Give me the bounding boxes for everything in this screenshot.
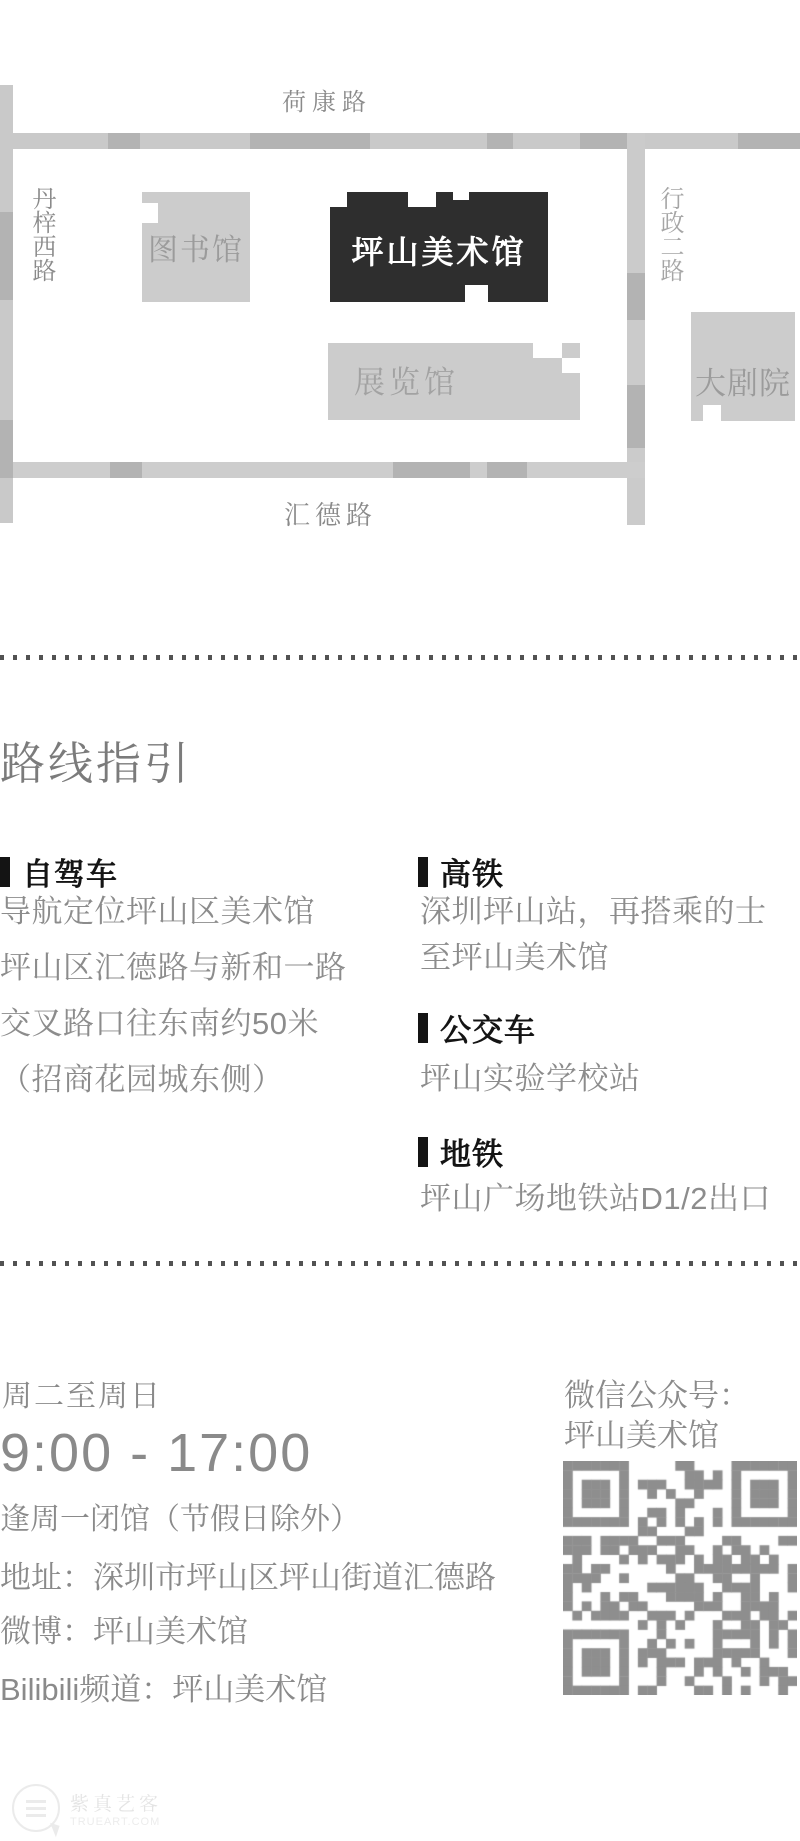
building-notch bbox=[453, 192, 469, 200]
road-label-huide: 汇德路 bbox=[284, 495, 377, 532]
road-segment bbox=[108, 133, 140, 149]
section-bar-icon bbox=[0, 857, 10, 887]
watermark-domain: TRUEART.COM bbox=[70, 1816, 162, 1828]
open-days: 周二至周日 bbox=[2, 1371, 162, 1415]
building-notch bbox=[562, 358, 580, 373]
building-museum: 坪山美术馆 bbox=[330, 192, 548, 302]
section-heading-hsr: 高铁 bbox=[418, 849, 504, 894]
building-library: 图书馆 bbox=[142, 192, 250, 302]
road-segment bbox=[0, 420, 13, 478]
section-heading-bus: 公交车 bbox=[418, 1005, 536, 1050]
road-segment bbox=[627, 385, 645, 448]
wechat-qr-code bbox=[563, 1461, 797, 1695]
section-bar-icon bbox=[418, 1137, 428, 1167]
building-label-museum: 坪山美术馆 bbox=[351, 221, 526, 273]
section-heading-label: 高铁 bbox=[440, 849, 504, 894]
hsr-line: 至坪山美术馆 bbox=[420, 935, 767, 981]
pingshan-art-museum-visitor-info: 荷康路 丹梓西路 行政二路 汇德路 图书馆 bbox=[0, 0, 800, 1841]
building-label-exhibition: 展览馆 bbox=[354, 357, 459, 402]
hsr-line: 深圳坪山站，再搭乘的士 bbox=[420, 889, 767, 935]
road-segment bbox=[487, 133, 513, 149]
road-label-xingzheng-2nd: 行政二路 bbox=[656, 186, 682, 282]
open-hours: 9:00 - 17:00 bbox=[0, 1422, 312, 1484]
road-huide bbox=[13, 462, 645, 478]
metro-directions: 坪山广场地铁站D1/2出口 bbox=[420, 1173, 771, 1218]
road-segment bbox=[738, 133, 800, 149]
watermark: 紫真艺客 TRUEART.COM bbox=[12, 1784, 162, 1832]
road-segment bbox=[393, 462, 470, 478]
driving-line: （招商花园城东侧） bbox=[0, 1052, 347, 1108]
watermark-bubble-tail bbox=[46, 1823, 59, 1838]
building-theater: 大剧院 bbox=[691, 312, 795, 421]
building-label-theater: 大剧院 bbox=[691, 358, 795, 403]
driving-line: 坪山区汇德路与新和一路 bbox=[0, 940, 347, 996]
driving-line: 导航定位坪山区美术馆 bbox=[0, 884, 347, 940]
route-guide-title: 路线指引 bbox=[0, 727, 192, 792]
building-notch bbox=[533, 343, 562, 358]
section-heading-metro: 地铁 bbox=[418, 1129, 504, 1174]
road-segment bbox=[580, 133, 628, 149]
section-bar-icon bbox=[418, 857, 428, 887]
building-notch bbox=[330, 192, 347, 207]
building-label-library: 图书馆 bbox=[148, 225, 244, 269]
watermark-logo-icon bbox=[12, 1784, 60, 1832]
section-heading-label: 地铁 bbox=[440, 1129, 504, 1174]
wechat-account-name: 坪山美术馆 bbox=[564, 1410, 719, 1455]
building-notch bbox=[408, 192, 436, 207]
watermark-name: 紫真艺客 bbox=[70, 1789, 162, 1816]
building-exhibition: 展览馆 bbox=[328, 343, 580, 420]
dotted-divider-top bbox=[0, 655, 800, 660]
section-bar-icon bbox=[418, 1013, 428, 1043]
building-notch bbox=[703, 405, 721, 421]
address-line: 地址：深圳市坪山区坪山街道汇德路 bbox=[0, 1552, 496, 1597]
dotted-divider-bottom bbox=[0, 1261, 800, 1266]
weibo-line: 微博：坪山美术馆 bbox=[0, 1606, 248, 1651]
wechat-label: 微信公众号： bbox=[564, 1370, 750, 1415]
closed-note: 逢周一闭馆（节假日除外） bbox=[0, 1494, 360, 1538]
bus-directions: 坪山实验学校站 bbox=[420, 1053, 641, 1098]
road-label-danzi-west: 丹梓西路 bbox=[28, 186, 54, 282]
location-map: 荷康路 丹梓西路 行政二路 汇德路 图书馆 bbox=[0, 0, 800, 600]
bilibili-line: Bilibili频道：坪山美术馆 bbox=[0, 1664, 327, 1709]
building-notch bbox=[142, 203, 158, 223]
section-heading-label: 公交车 bbox=[440, 1005, 536, 1050]
road-segment bbox=[110, 462, 142, 478]
driving-directions: 导航定位坪山区美术馆 坪山区汇德路与新和一路 交叉路口往东南约50米 （招商花园… bbox=[0, 884, 347, 1108]
road-segment bbox=[0, 212, 13, 300]
road-segment bbox=[250, 133, 370, 149]
road-label-hekang: 荷康路 bbox=[282, 82, 372, 117]
hsr-directions: 深圳坪山站，再搭乘的士 至坪山美术馆 bbox=[420, 889, 767, 981]
road-segment bbox=[627, 273, 645, 320]
building-notch bbox=[465, 285, 488, 302]
driving-line: 交叉路口往东南约50米 bbox=[0, 996, 347, 1052]
road-segment bbox=[487, 462, 527, 478]
